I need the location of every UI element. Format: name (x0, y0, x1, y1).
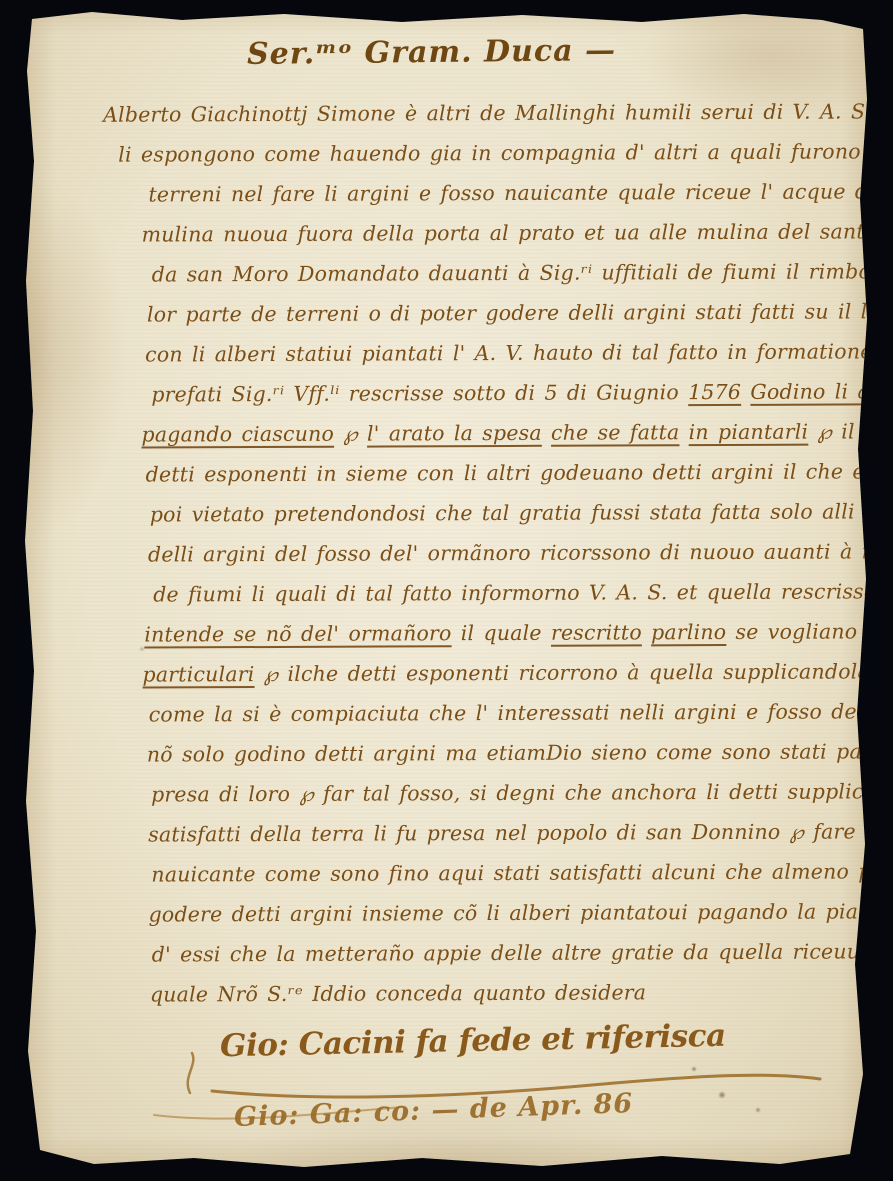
text-line: godere detti argini insieme cõ li alberi… (148, 891, 846, 934)
text-segment: quale Nrõ S.ʳᵉ Iddio conceda quanto desi… (150, 980, 646, 1006)
text-line: nauicante come sono fino aqui stati sati… (151, 851, 846, 894)
text-segment (642, 620, 651, 644)
text-line: intende se nõ del' ormañoro il quale res… (144, 611, 845, 654)
underlined-text-segment: parlino (651, 620, 726, 644)
text-line: pagando ciascuno ℘ l' arato la spesa che… (141, 411, 844, 454)
text-segment: con li alberi statiui piantati l' A. V. … (145, 339, 893, 366)
text-segment: detti esponenti in sieme con li altri go… (146, 459, 893, 487)
underlined-text-segment: nõ si (885, 579, 893, 603)
text-segment: delli argini del fosso del' ormãnoro ric… (148, 539, 893, 567)
text-line: li espongono come hauendo gia in compagn… (118, 131, 843, 174)
text-line: de fiumi li quali di tal fatto informorn… (153, 571, 845, 614)
text-line: Alberto Giachinottj Simone è altri de Ma… (103, 91, 843, 134)
text-segment: poi vietato pretendondosi che tal gratia… (150, 499, 893, 527)
underlined-text-segment: particulari (142, 662, 254, 686)
document-heading: Ser.ᵐᵒ Gram. Duca — (247, 33, 616, 72)
text-segment: se vogliano (726, 619, 866, 644)
underlined-text-segment: l' arato la spesa (367, 421, 542, 446)
text-segment (542, 421, 551, 445)
text-segment: nõ solo godino detti argini ma etiamDio … (147, 739, 893, 767)
scan-background: Ser.ᵐᵒ Gram. Duca — Alberto Giachinottj … (0, 0, 893, 1181)
underlined-text-segment: Godino li alberi (750, 379, 893, 404)
text-line: quale Nrõ S.ʳᵉ Iddio conceda quanto desi… (150, 971, 847, 1014)
text-line: come la si è compiaciuta che l' interess… (149, 691, 846, 734)
text-line: lor parte de terreni o di poter godere d… (147, 291, 844, 334)
text-segment: mulina nuoua fuora della porta al prato … (142, 219, 893, 246)
text-line: prefati Sig.ʳⁱ Vff.ˡⁱ rescrisse sotto di… (151, 371, 844, 414)
underlined-text-segment: pagando ciascuno (141, 422, 334, 447)
text-segment: satisfatti della terra li fu presa nel p… (148, 819, 893, 847)
text-segment: il quale (451, 621, 551, 645)
text-segment: de fiumi li quali di tal fatto informorn… (153, 579, 885, 606)
text-segment: presa di loro ℘ far tal fosso, si degni … (151, 779, 893, 807)
manuscript-paper: Ser.ᵐᵒ Gram. Duca — Alberto Giachinottj … (22, 9, 871, 1170)
text-segment (679, 420, 688, 444)
text-segment: ℘ il cui uigore (808, 419, 893, 444)
text-segment (741, 380, 750, 404)
text-line: presa di loro ℘ far tal fosso, si degni … (151, 771, 846, 814)
text-segment: nauicante come sono fino aqui stati sati… (151, 859, 893, 886)
underlined-text-segment: che se fatta (551, 420, 680, 445)
document-lines: Alberto Giachinottj Simone è altri de Ma… (148, 91, 847, 1014)
text-line: mulina nuoua fuora della porta al prato … (142, 211, 844, 254)
text-segment: ℘ ilche detti esponenti ricorrono à quel… (254, 659, 893, 686)
text-line: satisfatti della terra li fu presa nel p… (148, 811, 846, 854)
text-segment: d' essi che la metteraño appie delle alt… (152, 939, 893, 966)
text-segment: Alberto Giachinottj Simone è altri de Ma… (103, 99, 871, 126)
text-line: d' essi che la metteraño appie delle alt… (152, 931, 847, 974)
underlined-text-segment: rescritto (551, 620, 642, 644)
text-line: particulari ℘ ilche detti esponenti rico… (142, 651, 845, 694)
underlined-text-segment: 1576 (688, 380, 741, 404)
text-segment: terreni nel fare li argini e fosso nauic… (148, 179, 893, 206)
text-line: detti esponenti in sieme con li altri go… (146, 451, 845, 494)
text-line: da san Moro Domandato dauanti à Sig.ʳⁱ u… (152, 251, 844, 294)
text-segment: lor parte de terreni o di poter godere d… (147, 299, 893, 327)
text-segment: li espongono come hauendo gia in compagn… (118, 139, 893, 167)
text-segment: godere detti argini insieme cõ li alberi… (149, 899, 893, 926)
text-line: nõ solo godino detti argini ma etiamDio … (147, 731, 846, 774)
text-line: terreni nel fare li argini e fosso nauic… (148, 171, 843, 214)
text-line: con li alberi statiui piantati l' A. V. … (145, 331, 844, 374)
underlined-text-segment: in piantarli (689, 420, 809, 445)
underlined-text-segment: intende se nõ del' ormañoro (144, 621, 451, 646)
text-segment: prefati Sig.ʳⁱ Vff.ˡⁱ rescrisse sotto di… (151, 380, 688, 406)
text-line: poi vietato pretendondosi che tal gratia… (150, 491, 845, 534)
text-line: delli argini del fosso del' ormãnoro ric… (148, 531, 845, 574)
text-segment: ℘ (334, 422, 367, 446)
underlined-text-segment: altro quelli (866, 619, 893, 644)
text-segment: da san Moro Domandato dauanti à Sig.ʳⁱ u… (152, 259, 893, 287)
text-segment: come la si è compiaciuta che l' interess… (149, 699, 893, 727)
